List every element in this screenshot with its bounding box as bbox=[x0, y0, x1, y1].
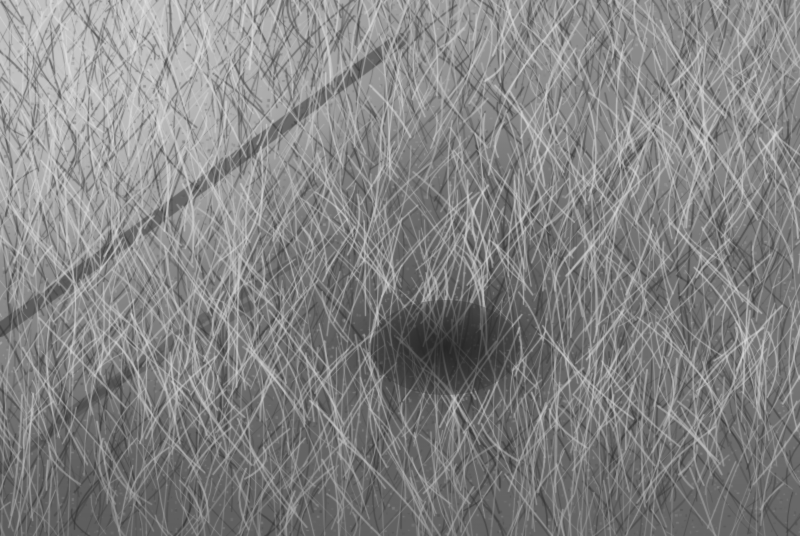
grass-burrow-photo: Grayscale photograph of dense grass and … bbox=[0, 0, 800, 536]
grass-texture bbox=[0, 0, 800, 536]
